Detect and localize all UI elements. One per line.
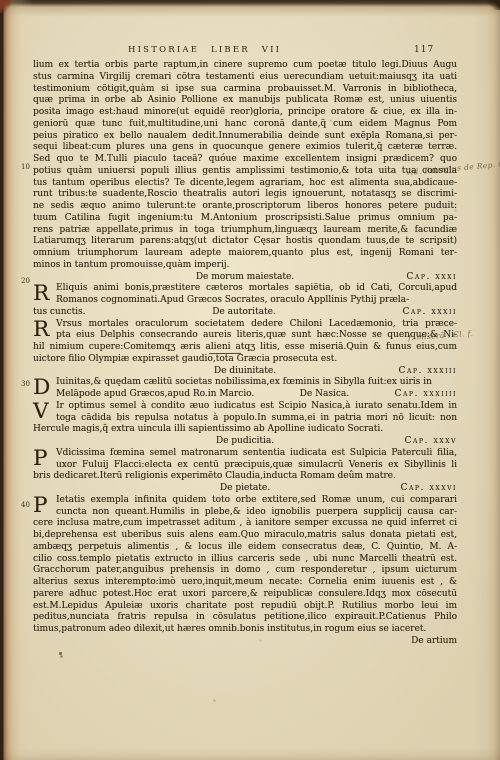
chapter-number-label: Cap. xxxv bbox=[404, 436, 457, 448]
drop-cap-initial: P bbox=[33, 448, 53, 469]
section-heading: De diuinitate.Cap. xxxiii bbox=[33, 366, 457, 378]
paragraph: PIetatis exempla infinita quidem toto or… bbox=[33, 495, 457, 636]
paragraph: PVdicissima fœmina semel matronarum sent… bbox=[33, 448, 457, 483]
book-scan: HISTORIAE LIBER VII 117 10 20 30 40 vid.… bbox=[0, 0, 500, 760]
text-line: tuum Catilina fugit ingenium:tu M.Antoni… bbox=[33, 213, 457, 225]
text-line: testimonium cōtigit,quàm si ipse sua car… bbox=[33, 84, 457, 96]
chapter-number-label: Cap. xxxiii bbox=[398, 366, 457, 378]
text-line: omnium triumphorum lauream adepte maiore… bbox=[33, 248, 457, 260]
binding-corner bbox=[0, 0, 11, 13]
text-line-fragment: Melāpode apud Græcos,apud Ro.in Marcio. bbox=[56, 389, 254, 401]
margin-line-number-10: 10 bbox=[21, 163, 30, 171]
section-heading: De pietate.Cap. xxxvi bbox=[33, 483, 457, 495]
text-line: Ir optimus semel à condito æuo iudicatus… bbox=[33, 401, 457, 413]
text-line: ne sedis æquo animo tulerunt:te orante,p… bbox=[33, 201, 457, 213]
text-line: bi,deprehensa est uberibus suis alens ea… bbox=[33, 530, 457, 542]
page-number: 117 bbox=[414, 45, 434, 55]
chapter-number-label: Cap. xxxii bbox=[402, 307, 457, 319]
section-heading-title: De morum maiestate. bbox=[196, 272, 294, 282]
paragraph: lium ex tertia orbis parte raptum,in cin… bbox=[33, 60, 457, 272]
text-line: peius piratico ex bello naualem dedit.In… bbox=[33, 131, 457, 143]
text-line: Eliquis animi bonis,præstitere cæteros m… bbox=[33, 283, 457, 295]
paragraph: REliquis animi bonis,præstitere cæteros … bbox=[33, 283, 457, 307]
text-line: cuncta non queant.Humilis in plebe,& ide… bbox=[33, 507, 457, 519]
text-line-fragment: tus cunctis. bbox=[33, 307, 86, 319]
drop-cap-initial: P bbox=[33, 495, 53, 516]
drop-cap-initial: R bbox=[33, 283, 53, 304]
text-line: ambæqʒ perpetuis alimentis , & locus ill… bbox=[33, 542, 457, 554]
text-line: Gracchorum pater,anguibus prehensis in d… bbox=[33, 565, 457, 577]
catchword-line: De artium bbox=[33, 636, 457, 648]
text-line: cilio coss.templo pietatis extructo in i… bbox=[33, 554, 457, 566]
text-line: parere adhuc potest.Hoc erat uxori parce… bbox=[33, 589, 457, 601]
margin-line-number-30: 30 bbox=[21, 380, 30, 388]
text-line: Romanos cognominati.Apud Græcos Socrates… bbox=[33, 295, 457, 307]
text-line: pta eius Delphis consecrando aureis lite… bbox=[33, 330, 457, 342]
text-line: hil nimium cupere:Comitemqʒ æris alieni … bbox=[33, 342, 457, 354]
text-line: Sed quo te M.Tulli piaculo taceā? quóue … bbox=[33, 154, 457, 166]
section-heading-title: De pietate. bbox=[220, 483, 270, 493]
text-line: minos in tantum promouisse,quàm imperij. bbox=[33, 260, 457, 272]
text-line-with-heading: tus cunctis.De autoritate.Cap. xxxii bbox=[33, 307, 457, 319]
running-header: HISTORIAE LIBER VII bbox=[128, 45, 281, 55]
text-line: Hercule magis,q̄ extra uincula illi sapi… bbox=[33, 424, 457, 436]
section-heading-title: De diuinitate. bbox=[214, 366, 276, 376]
paragraph: DIuinitas,& quędam cælitū societas nobil… bbox=[33, 377, 457, 389]
paper-speckles bbox=[0, 0, 1, 1]
text-line-with-heading: Melāpode apud Græcos,apud Ro.in Marcio.D… bbox=[56, 389, 457, 401]
section-heading-title: De autoritate. bbox=[212, 307, 276, 319]
text-line: geniorū quæ tunc fuit,multitudine,uni ha… bbox=[33, 119, 457, 131]
text-line: posita imago est:haud minore(ut equidē r… bbox=[33, 107, 457, 119]
drop-cap-initial: V bbox=[33, 401, 53, 422]
book-page: HISTORIAE LIBER VII 117 10 20 30 40 vid.… bbox=[0, 0, 500, 760]
text-line: peditus,nunciata fratris repulsa in cōsu… bbox=[33, 612, 457, 624]
margin-line-number-20: 20 bbox=[21, 277, 30, 285]
section-heading-title: De Nasica. bbox=[300, 389, 349, 401]
text-line: cere inclusa matre,cum impetrasset aditu… bbox=[33, 518, 457, 530]
chapter-number-label: Cap. xxxvi bbox=[401, 483, 458, 495]
chapter-number-label: Cap. xxxi bbox=[406, 272, 457, 284]
page-corner-shadow bbox=[484, 0, 500, 10]
paragraph: RVrsus mortales oraculorum societatem de… bbox=[33, 319, 457, 366]
section-heading-title: De pudicitia. bbox=[216, 436, 274, 446]
drop-cap-initial: D bbox=[33, 377, 53, 398]
text-line: sequi libeat:cum plures una gens in quoc… bbox=[33, 142, 457, 154]
margin-line-number-40: 40 bbox=[21, 501, 30, 509]
text-line: bris dedicaret.Iterū religionis experimē… bbox=[33, 471, 457, 483]
text-line: Ietatis exempla infinita quidem toto orb… bbox=[33, 495, 457, 507]
text-line: Vdicissima fœmina semel matronarum sente… bbox=[33, 448, 457, 460]
paragraph: VIr optimus semel à condito æuo iudicatu… bbox=[33, 401, 457, 436]
text-line: quæ prima in orbe ab Asinio Pollione ex … bbox=[33, 95, 457, 107]
text-line: runt tribus:te suadente,Roscio theatrali… bbox=[33, 189, 457, 201]
text-line: stus carmina Virgilij cremari cōtra test… bbox=[33, 72, 457, 84]
text-line: alterius sexus interempto:imò uero,inqui… bbox=[33, 577, 457, 589]
text-line: Latiarumqʒ literarum parens:atqʒ(ut dict… bbox=[33, 236, 457, 248]
text-line: Vrsus mortales oraculorum societatem ded… bbox=[33, 319, 457, 331]
text-line: uictore filio Olympiæ expirasset gaudio,… bbox=[33, 354, 457, 366]
text-line: potius quàm uniuersi populi illius genti… bbox=[33, 166, 457, 178]
text-line: rens patriæ appellate,primus in toga tri… bbox=[33, 225, 457, 237]
text-line: toga cādida bis repulsa notatus à populo… bbox=[33, 413, 457, 425]
section-heading: De pudicitia.Cap. xxxv bbox=[33, 436, 457, 448]
text-line: Iuinitas,& quędam cælitū societas nobili… bbox=[33, 377, 457, 389]
text-line: tus tantum operibus electis? Te dicente,… bbox=[33, 178, 457, 190]
drop-cap-initial: R bbox=[33, 319, 53, 340]
chapter-number-label: Cap. xxxiiii bbox=[395, 389, 457, 401]
text-block: lium ex tertia orbis parte raptum,in cin… bbox=[33, 60, 457, 648]
text-line: uxor Fuluij Flacci:electa ex centū præci… bbox=[33, 460, 457, 472]
text-line: timus,patronum adeo dilexit,ut hæres omn… bbox=[33, 624, 457, 636]
text-line: lium ex tertia orbis parte raptum,in cin… bbox=[33, 60, 457, 72]
section-heading: De morum maiestate.Cap. xxxi bbox=[33, 272, 457, 284]
text-line: est.M.Lepidus Apuleiæ uxoris charitate p… bbox=[33, 601, 457, 613]
